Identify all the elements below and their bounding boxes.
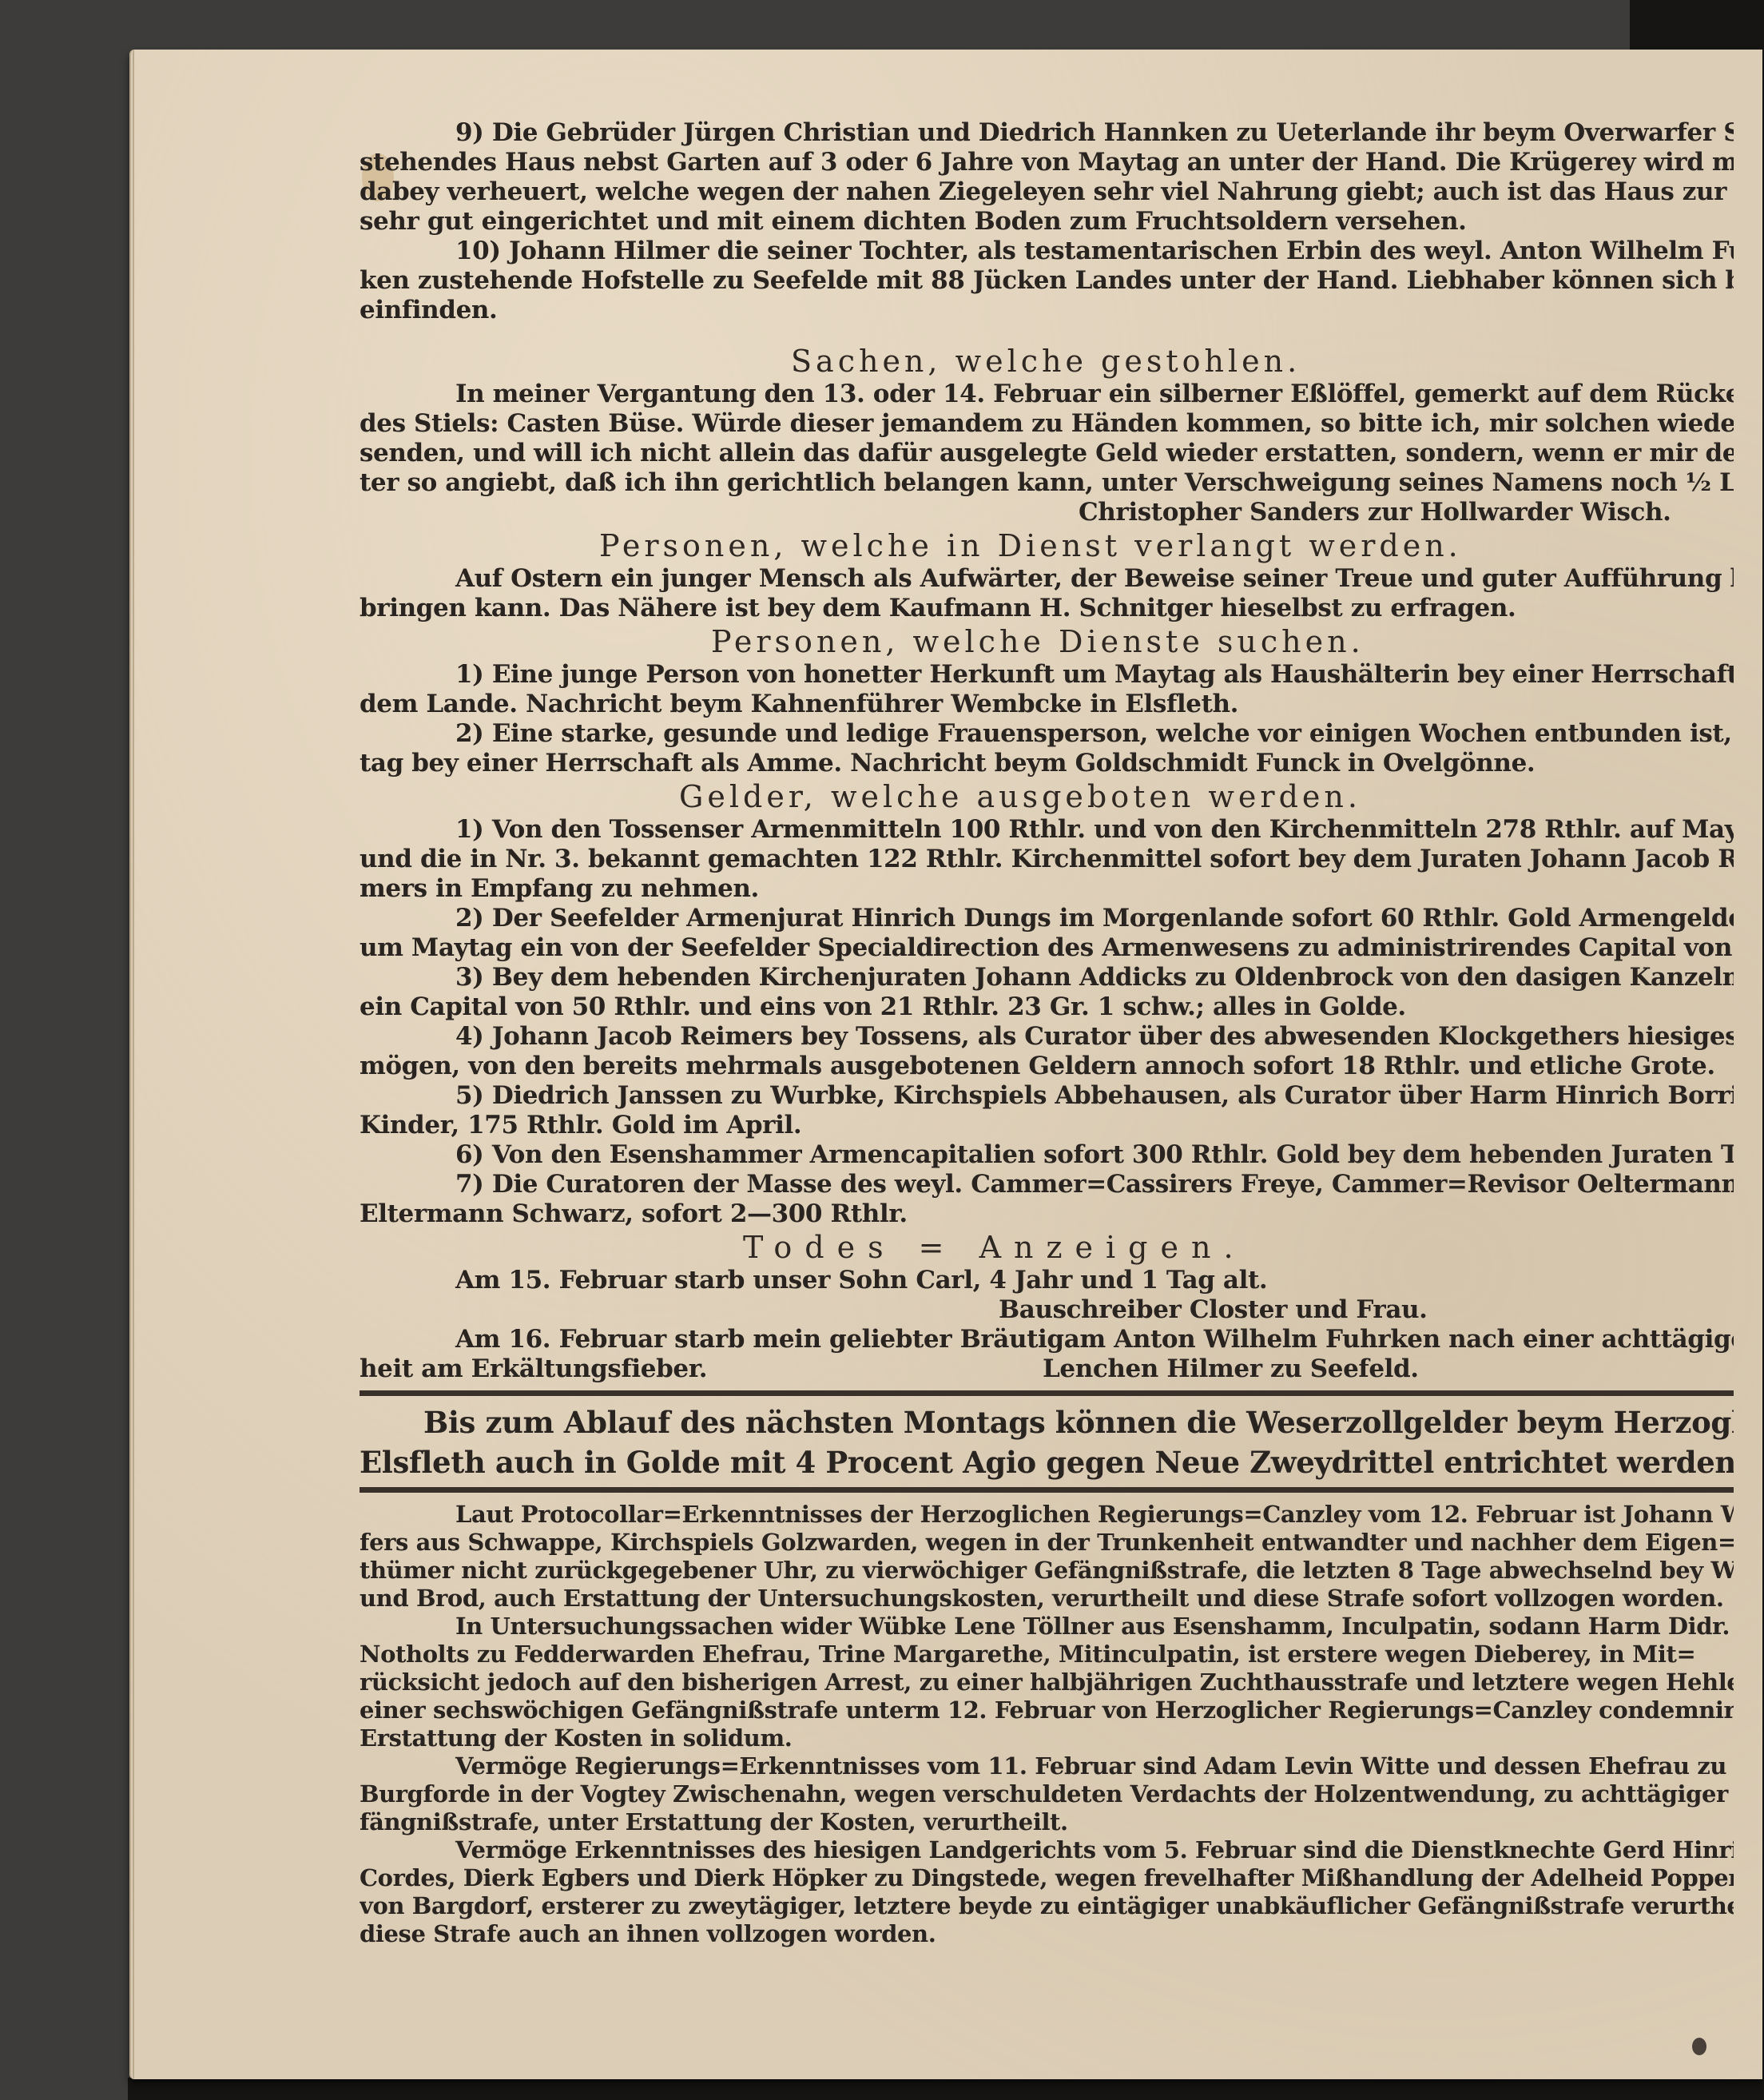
text-line: dem Lande. Nachricht beym Kahnenführer W… bbox=[360, 690, 1734, 719]
text-line: mögen, von den bereits mehrmals ausgebot… bbox=[360, 1052, 1734, 1081]
text-line: 4) Johann Jacob Reimers bey Tossens, als… bbox=[360, 1022, 1734, 1052]
text-line: einfinden. bbox=[360, 296, 1734, 325]
text-line: 10) Johann Hilmer die seiner Tochter, al… bbox=[360, 237, 1734, 266]
text-line: Am 15. Februar starb unser Sohn Carl, 4 … bbox=[360, 1266, 1734, 1295]
text-line: Notholts zu Fedderwarden Ehefrau, Trine … bbox=[360, 1641, 1734, 1668]
section-heading: Personen, welche Dienste suchen. bbox=[360, 623, 1734, 660]
section-stolen-items: Sachen, welche gestohlen. In meiner Verg… bbox=[360, 343, 1734, 527]
text-line: ein Capital von 50 Rthlr. und eins von 2… bbox=[360, 992, 1734, 1022]
notice-line: Bis zum Ablauf des nächsten Montags könn… bbox=[360, 1402, 1734, 1442]
section-persons-wanted: Personen, welche in Dienst verlangt werd… bbox=[360, 527, 1734, 623]
text-line: Eltermann Schwarz, sofort 2—300 Rthlr. bbox=[360, 1199, 1734, 1229]
notice-line: Elsfleth auch in Golde mit 4 Procent Agi… bbox=[360, 1442, 1734, 1482]
text-line: mers in Empfang zu nehmen. bbox=[360, 874, 1734, 904]
text-line: Vermöge Regierungs=Erkenntnisses vom 11.… bbox=[360, 1752, 1734, 1780]
text-line: Cordes, Dierk Egbers und Dierk Höpker zu… bbox=[360, 1864, 1734, 1892]
text-line: 1) Eine junge Person von honetter Herkun… bbox=[360, 660, 1734, 690]
section-persons-seeking: Personen, welche Dienste suchen. 1) Eine… bbox=[360, 623, 1734, 778]
text-line: Burgforde in der Vogtey Zwischenahn, weg… bbox=[360, 1780, 1734, 1808]
text-line: Auf Ostern ein junger Mensch als Aufwärt… bbox=[360, 564, 1734, 594]
text-line: einer sechswöchigen Gefängnißstrafe unte… bbox=[360, 1696, 1734, 1724]
text-line: heit am Erkältungsfieber. bbox=[360, 1354, 707, 1384]
section-heading: Todes = Anzeigen. bbox=[360, 1229, 1734, 1266]
text-line: rücksicht jedoch auf den bisherigen Arre… bbox=[360, 1668, 1734, 1696]
text-line: 6) Von den Esenshammer Armencapitalien s… bbox=[360, 1140, 1734, 1170]
text-line: bringen kann. Das Nähere ist bey dem Kau… bbox=[360, 594, 1734, 623]
text-line: fers aus Schwappe, Kirchspiels Golzwarde… bbox=[360, 1529, 1734, 1557]
text-line: des Stiels: Casten Büse. Würde dieser je… bbox=[360, 409, 1734, 439]
section-heading: Personen, welche in Dienst verlangt werd… bbox=[360, 527, 1734, 564]
text-line: Vermöge Erkenntnisses des hiesigen Landg… bbox=[360, 1836, 1734, 1864]
text-line: Kinder, 175 Rthlr. Gold im April. bbox=[360, 1111, 1734, 1140]
section-heading: Gelder, welche ausgeboten werden. bbox=[360, 778, 1734, 815]
section-death-notices: Todes = Anzeigen. Am 15. Februar starb u… bbox=[360, 1229, 1734, 1384]
text-line: Laut Protocollar=Erkenntnisses der Herzo… bbox=[360, 1501, 1734, 1529]
text-line: 5) Diedrich Janssen zu Wurbke, Kirchspie… bbox=[360, 1081, 1734, 1111]
text-line: stehendes Haus nebst Garten auf 3 oder 6… bbox=[360, 148, 1734, 177]
section-rentals: 9) Die Gebrüder Jürgen Christian und Die… bbox=[360, 118, 1734, 325]
section-money-offered: Gelder, welche ausgeboten werden. 1) Von… bbox=[360, 778, 1734, 1229]
signature: Lenchen Hilmer zu Seefeld. bbox=[1043, 1354, 1419, 1384]
text-line: und die in Nr. 3. bekannt gemachten 122 … bbox=[360, 845, 1734, 874]
text-line: senden, und will ich nicht allein das da… bbox=[360, 439, 1734, 468]
text-line: In Untersuchungssachen wider Wübke Lene … bbox=[360, 1613, 1734, 1641]
text-line: und Brod, auch Erstattung der Untersuchu… bbox=[360, 1585, 1734, 1613]
text-line: Am 16. Februar starb mein geliebter Bräu… bbox=[360, 1325, 1734, 1354]
text-line: 3) Bey dem hebenden Kirchenjuraten Johan… bbox=[360, 963, 1734, 992]
page-text: 9) Die Gebrüder Jürgen Christian und Die… bbox=[360, 118, 1734, 1948]
text-line: fängnißstrafe, unter Erstattung der Kost… bbox=[360, 1808, 1734, 1836]
text-line: 2) Der Seefelder Armenjurat Hinrich Dung… bbox=[360, 904, 1734, 933]
text-line: diese Strafe auch an ihnen vollzogen wor… bbox=[360, 1920, 1734, 1948]
text-line: dabey verheuert, welche wegen der nahen … bbox=[360, 177, 1734, 207]
text-line: tag bey einer Herrschaft als Amme. Nachr… bbox=[360, 749, 1734, 778]
text-line: ter so angiebt, daß ich ihn gerichtlich … bbox=[360, 468, 1734, 498]
text-line: In meiner Vergantung den 13. oder 14. Fe… bbox=[360, 380, 1734, 409]
text-line: ken zustehende Hofstelle zu Seefelde mit… bbox=[360, 266, 1734, 296]
text-line: 2) Eine starke, gesunde und ledige Fraue… bbox=[360, 719, 1734, 749]
section-court-verdicts: Laut Protocollar=Erkenntnisses der Herzo… bbox=[360, 1501, 1734, 1948]
text-line: 1) Von den Tossenser Armenmitteln 100 Rt… bbox=[360, 815, 1734, 845]
ink-spot bbox=[1692, 2038, 1706, 2055]
signature: Christopher Sanders zur Hollwarder Wisch… bbox=[360, 498, 1734, 527]
signature: Bauschreiber Closter und Frau. bbox=[360, 1295, 1734, 1325]
customs-notice-box: Bis zum Ablauf des nächsten Montags könn… bbox=[360, 1390, 1734, 1493]
text-line: 7) Die Curatoren der Masse des weyl. Cam… bbox=[360, 1170, 1734, 1199]
text-line: 9) Die Gebrüder Jürgen Christian und Die… bbox=[360, 118, 1734, 148]
text-line: Erstattung der Kosten in solidum. bbox=[360, 1724, 1734, 1752]
text-line: thümer nicht zurückgegebener Uhr, zu vie… bbox=[360, 1557, 1734, 1585]
text-line: um Maytag ein von der Seefelder Speciald… bbox=[360, 933, 1734, 963]
page-shadow bbox=[128, 2078, 1764, 2100]
text-line: von Bargdorf, ersterer zu zweytägiger, l… bbox=[360, 1892, 1734, 1920]
text-line: sehr gut eingerichtet und mit einem dich… bbox=[360, 207, 1734, 237]
section-heading: Sachen, welche gestohlen. bbox=[360, 343, 1734, 380]
